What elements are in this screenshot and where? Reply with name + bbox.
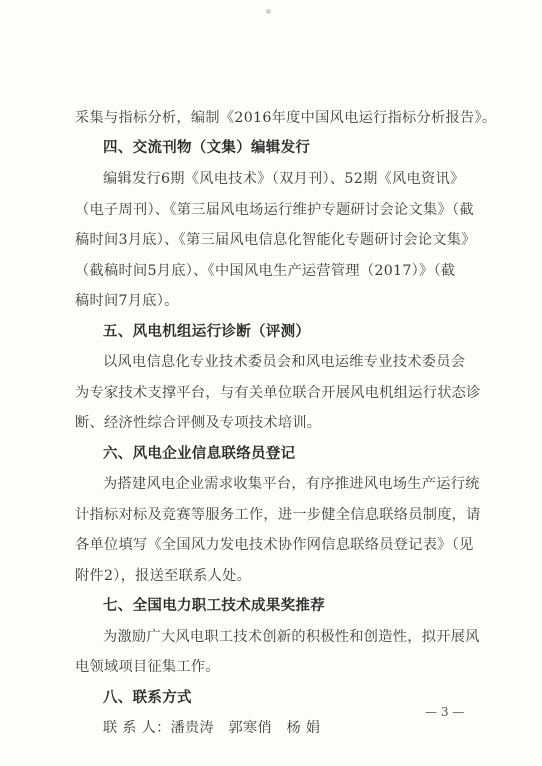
section-heading-7: 七、全国电力职工技术成果奖推荐 [103,596,325,616]
body-text: 稿时间3月底）、《第三届风电信息化智能化专题研讨会论文集》 [75,230,476,250]
body-text: 为专家技术支撑平台，与有关单位联合开展风电机组运行状态诊 [75,383,481,403]
section-heading-8: 八、联系方式 [103,688,192,708]
section-heading-4: 四、交流刊物（文集）编辑发行 [103,138,310,158]
contact-persons: 联 系 人：潘贵涛 郭寒俏 杨 娟 [103,718,320,738]
body-text: 电领域项目征集工作。 [75,657,220,677]
scan-mark [266,9,271,14]
body-text: （截稿时间5月底）、《中国风电生产运营管理（2017）》（截 [75,261,455,281]
body-text: 各单位填写《全国风力发电技术协作网信息联络员登记表》（见 [75,535,474,555]
body-text: 计指标对标及竞赛等服务工作，进一步健全信息联络员制度，请 [75,505,481,525]
body-text: 为搭建风电企业需求收集平台，有序推进风电场生产运行统 [103,474,480,494]
body-text: （电子周刊）、《第三届风电场运行维护专题研讨会论文集》（截 [75,200,474,220]
body-text: 稿时间7月底）。 [75,291,179,311]
body-text: 附件2），报送至联系人处。 [75,566,251,586]
section-heading-5: 五、风电机组运行诊断（评测） [103,322,310,342]
section-heading-6: 六、风电企业信息联络员登记 [103,444,295,464]
body-text: 编辑发行6期《风电技术》（双月刊）、52期《风电资讯》 [103,169,464,189]
body-text: 采集与指标分析，编制《2016年度中国风电运行指标分析报告》。 [75,108,496,128]
body-text: 为激励广大风电职工技术创新的积极性和创造性，拟开展风 [103,627,480,647]
body-text: 断、经济性综合评侧及专项技术培训。 [75,413,321,433]
body-text: 以风电信息化专业技术委员会和风电运维专业技术委员会 [103,352,465,372]
page-number: — 3 — [425,705,464,719]
